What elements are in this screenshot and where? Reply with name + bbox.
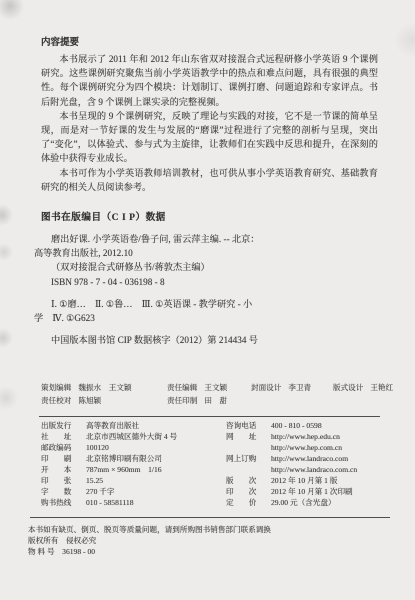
pub-value: 北京市西城区德外大街 4 号 bbox=[86, 432, 177, 443]
pub-label bbox=[226, 465, 262, 476]
credit-planning-editor: 策划编辑魏振水 王文颖 bbox=[41, 383, 167, 393]
pub-row-phone: 咨询电话 400 - 810 - 0598 bbox=[226, 421, 378, 432]
credit-role: 责任校对 bbox=[41, 396, 71, 405]
divider-bottom bbox=[30, 517, 390, 518]
pub-row-online-order: 网上订购 http://www.landraco.com bbox=[226, 454, 378, 465]
pub-value: 29.00 元（含光盘） bbox=[271, 498, 336, 509]
pub-label: 印 次 bbox=[226, 487, 262, 498]
pub-value: 2012 年 10 月第 1 次印刷 bbox=[271, 487, 353, 498]
credit-layout-design: 版式设计王艳红 bbox=[333, 383, 393, 393]
pub-row-price: 定 价 29.00 元（含光盘） bbox=[226, 498, 378, 509]
credit-role: 责任编辑 bbox=[167, 383, 197, 392]
pub-label: 印 刷 bbox=[41, 454, 77, 465]
pub-website-url: http://www.hep.edu.cn bbox=[271, 432, 340, 443]
divider-top bbox=[39, 416, 380, 417]
credit-role: 责任印制 bbox=[167, 396, 197, 405]
credit-cover-design: 封面设计李卫青 bbox=[251, 383, 333, 393]
pub-row-website-2: http://www.hep.com.cn bbox=[226, 443, 378, 454]
pub-row-publisher: 出版发行 高等教育出版社 bbox=[41, 421, 226, 432]
pub-label: 购书热线 bbox=[41, 498, 77, 509]
summary-paragraph-2: 本书呈现的 9 个课例研究，反映了理论与实践的对接，它不是一节课的简单呈现，而是… bbox=[41, 109, 378, 166]
publication-info-left: 出版发行 高等教育出版社 社 址 北京市西城区德外大街 4 号 邮政编码 100… bbox=[41, 421, 226, 508]
pub-value: 高等教育出版社 bbox=[86, 421, 139, 432]
credit-name: 王艳红 bbox=[370, 383, 393, 392]
cip-classification-line-1: Ⅰ. ①磨… Ⅱ. ①鲁… Ⅲ. ①英语课 - 教学研究 - 小 bbox=[34, 297, 378, 311]
pub-label: 开 本 bbox=[41, 465, 77, 476]
pub-row-sheets: 印 张 15.25 bbox=[41, 476, 226, 487]
pub-row-impression: 印 次 2012 年 10 月第 1 次印刷 bbox=[226, 487, 378, 498]
credit-name: 陈旭颖 bbox=[78, 396, 101, 405]
credit-role: 版式设计 bbox=[333, 383, 363, 392]
cip-title-line: 磨出好课. 小学英语卷/鲁子问, 雷云萍主编. -- 北京： bbox=[34, 232, 378, 246]
pub-label: 定 价 bbox=[226, 498, 262, 509]
summary-paragraph-1: 本书展示了 2011 年和 2012 年山东省双对接混合式远程研修小学英语 9 … bbox=[41, 52, 378, 109]
pub-value: 2012 年 10 月第 1 版 bbox=[271, 476, 337, 487]
cip-classification-line-2: 学 Ⅳ. ①G623 bbox=[34, 311, 378, 325]
pub-label: 网上订购 bbox=[226, 454, 262, 465]
pub-label: 出版发行 bbox=[41, 421, 77, 432]
copyright-note: 版权所有 侵权必究 bbox=[28, 535, 378, 546]
pub-value: 400 - 810 - 0598 bbox=[271, 421, 322, 432]
credit-print-supervisor: 责任印制田 甜 bbox=[167, 396, 251, 406]
pub-value: 100120 bbox=[86, 443, 109, 454]
book-copyright-page: 内容提要 本书展示了 2011 年和 2012 年山东省双对接混合式远程研修小学… bbox=[0, 0, 415, 600]
pub-label: 字 数 bbox=[41, 487, 77, 498]
publication-info-right: 咨询电话 400 - 810 - 0598 网 址 http://www.hep… bbox=[226, 421, 378, 508]
pub-website-url: http://www.landraco.com bbox=[271, 454, 348, 465]
cip-series-line: （双对接混合式研修丛书/蒋敦杰主编） bbox=[34, 260, 378, 274]
pub-label: 邮政编码 bbox=[41, 443, 77, 454]
page-content: 内容提要 本书展示了 2011 年和 2012 年山东省双对接混合式远程研修小学… bbox=[0, 0, 415, 557]
credit-proofreader: 责任校对陈旭颖 bbox=[41, 396, 167, 406]
pub-row-printer: 印 刷 北京铭博印刷有限公司 bbox=[41, 454, 226, 465]
credit-role: 策划编辑 bbox=[41, 383, 71, 392]
quality-note: 本书如有缺页、倒页、脱页等质量问题，请到所购图书销售部门联系调换 bbox=[28, 524, 378, 535]
pub-website-url: http://www.landraco.com.cn bbox=[271, 465, 357, 476]
pub-label bbox=[226, 443, 262, 454]
pub-label: 咨询电话 bbox=[226, 421, 262, 432]
pub-row-address: 社 址 北京市西城区德外大街 4 号 bbox=[41, 432, 226, 443]
pub-row-online-order-2: http://www.landraco.com.cn bbox=[226, 465, 378, 476]
credit-name: 田 甜 bbox=[204, 396, 227, 405]
footer-notes: 本书如有缺页、倒页、脱页等质量问题，请到所购图书销售部门联系调换 版权所有 侵权… bbox=[28, 524, 378, 558]
credit-name: 王文颖 bbox=[204, 383, 227, 392]
pub-website-url: http://www.hep.com.cn bbox=[271, 443, 342, 454]
pub-value: 787mm × 960mm 1/16 bbox=[86, 465, 162, 476]
pub-value: 010 - 58581118 bbox=[86, 498, 134, 509]
editorial-credits: 策划编辑魏振水 王文颖 责任编辑王文颖 封面设计李卫青 版式设计王艳红 责任校对… bbox=[41, 383, 378, 406]
pub-row-website: 网 址 http://www.hep.edu.cn bbox=[226, 432, 378, 443]
pub-row-edition: 版 次 2012 年 10 月第 1 版 bbox=[226, 476, 378, 487]
cip-body: 磨出好课. 小学英语卷/鲁子问, 雷云萍主编. -- 北京： 高等教育出版社, … bbox=[34, 232, 378, 347]
pub-row-hotline: 购书热线 010 - 58581118 bbox=[41, 498, 226, 509]
cip-publisher-line: 高等教育出版社, 2012.10 bbox=[34, 246, 378, 260]
pub-row-postcode: 邮政编码 100120 bbox=[41, 443, 226, 454]
credit-role: 封面设计 bbox=[251, 383, 281, 392]
pub-label: 社 址 bbox=[41, 432, 77, 443]
pub-value: 北京铭博印刷有限公司 bbox=[86, 454, 162, 465]
pub-label: 版 次 bbox=[226, 476, 262, 487]
pub-row-format: 开 本 787mm × 960mm 1/16 bbox=[41, 465, 226, 476]
publication-info: 出版发行 高等教育出版社 社 址 北京市西城区德外大街 4 号 邮政编码 100… bbox=[41, 421, 378, 508]
cip-record-number: 中国版本图书馆 CIP 数据核字（2012）第 214434 号 bbox=[34, 333, 378, 347]
summary-paragraph-3: 本书可作为小学英语教师培训教材，也可供从事小学英语教育研究、基础教育研究的相关人… bbox=[41, 166, 378, 194]
credit-name: 李卫青 bbox=[288, 383, 311, 392]
pub-label: 网 址 bbox=[226, 432, 262, 443]
material-number: 物 料 号 36198 - 00 bbox=[28, 546, 378, 557]
credit-name: 魏振水 王文颖 bbox=[78, 383, 131, 392]
pub-value: 270 千字 bbox=[86, 487, 114, 498]
cip-section: 图书在版编目（C I P）数据 磨出好课. 小学英语卷/鲁子问, 雷云萍主编. … bbox=[41, 209, 378, 347]
cip-heading: 图书在版编目（C I P）数据 bbox=[41, 209, 378, 223]
pub-value: 15.25 bbox=[86, 476, 103, 487]
summary-heading: 内容提要 bbox=[41, 34, 378, 48]
cip-isbn-line: ISBN 978 - 7 - 04 - 036198 - 8 bbox=[34, 275, 378, 289]
pub-label: 印 张 bbox=[41, 476, 77, 487]
pub-row-wordcount: 字 数 270 千字 bbox=[41, 487, 226, 498]
summary-section: 内容提要 本书展示了 2011 年和 2012 年山东省双对接混合式远程研修小学… bbox=[41, 34, 378, 194]
credit-responsible-editor: 责任编辑王文颖 bbox=[167, 383, 251, 393]
